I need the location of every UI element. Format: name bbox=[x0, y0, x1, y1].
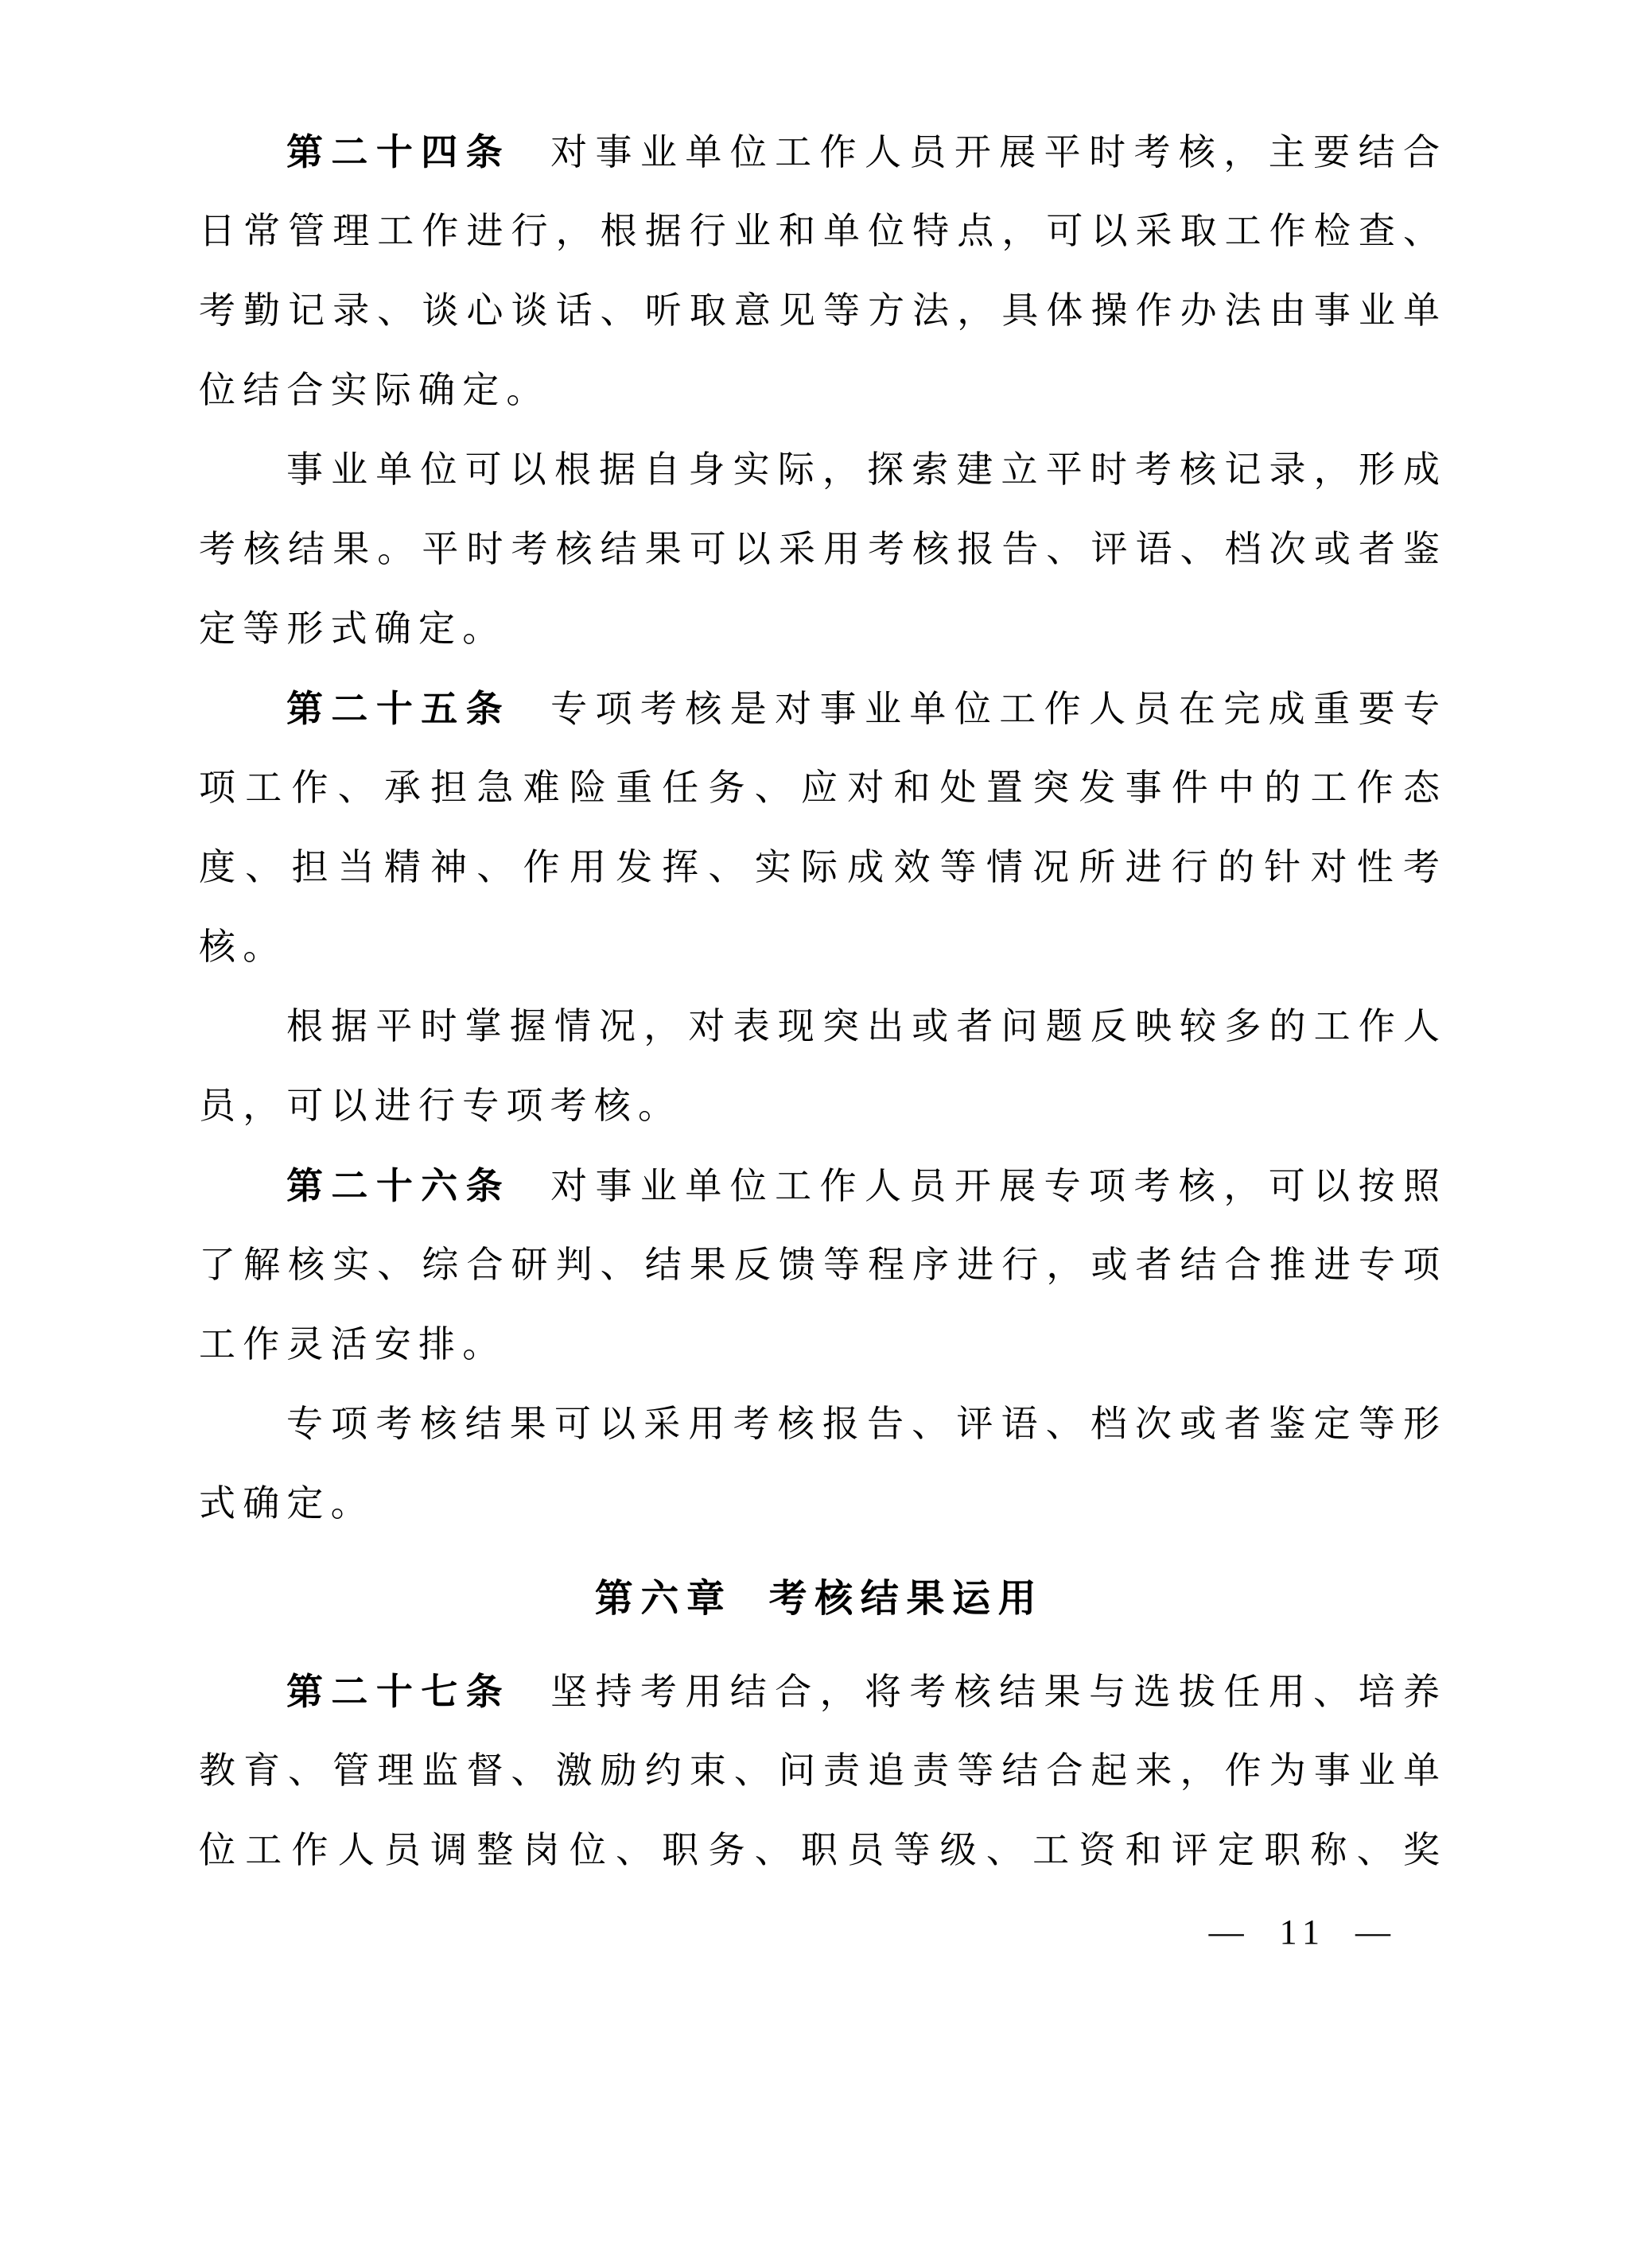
text-line: 考核结果。平时考核结果可以采用考核报告、评语、档次或者鉴 bbox=[199, 510, 1447, 589]
line-text: 专项考核是对事业单位工作人员在完成重要专 bbox=[550, 689, 1447, 729]
text-line: 核。 bbox=[199, 907, 1440, 987]
article-number: 第二十五条 bbox=[286, 688, 511, 729]
article-line: 第二十四条对事业单位工作人员开展平时考核，主要结合 bbox=[199, 112, 1447, 192]
line-text: 考核结果。平时考核结果可以采用考核报告、评语、档次或者鉴 bbox=[199, 529, 1447, 569]
line-text: 定等形式确定。 bbox=[199, 608, 506, 649]
text-line: 专项考核结果可以采用考核报告、评语、档次或者鉴定等形 bbox=[199, 1384, 1447, 1464]
article-number: 第二十七条 bbox=[286, 1671, 511, 1712]
text-line: 度、担当精神、作用发挥、实际成效等情况所进行的针对性考 bbox=[199, 828, 1447, 907]
text-line: 工作灵活安排。 bbox=[199, 1305, 1440, 1384]
line-text: 核。 bbox=[199, 926, 286, 967]
line-text: 考勤记录、谈心谈话、听取意见等方法，具体操作办法由事业单 bbox=[199, 290, 1447, 331]
line-text: 考核结果运用 bbox=[769, 1578, 1044, 1620]
page-number: — 11 — bbox=[1209, 1912, 1397, 1952]
article-line: 第二十六条对事业单位工作人员开展专项考核，可以按照 bbox=[199, 1146, 1447, 1225]
text-line: 员，可以进行专项考核。 bbox=[199, 1066, 1440, 1146]
line-text: 式确定。 bbox=[199, 1483, 375, 1524]
text-line: 了解核实、综合研判、结果反馈等程序进行，或者结合推进专项 bbox=[199, 1225, 1447, 1305]
line-text: 日常管理工作进行，根据行业和单位特点，可以采取工作检查、 bbox=[199, 211, 1447, 251]
text-line: 位结合实际确定。 bbox=[199, 351, 1440, 430]
article-line: 第二十七条坚持考用结合，将考核结果与选拔任用、培养 bbox=[199, 1652, 1447, 1731]
line-text: 事业单位可以根据自身实际，探索建立平时考核记录，形成 bbox=[286, 449, 1447, 490]
text-line: 定等形式确定。 bbox=[199, 589, 1440, 669]
text-line: 根据平时掌握情况，对表现突出或者问题反映较多的工作人 bbox=[199, 987, 1447, 1066]
text-line: 日常管理工作进行，根据行业和单位特点，可以采取工作检查、 bbox=[199, 192, 1447, 271]
line-text: 位结合实际确定。 bbox=[199, 370, 550, 410]
text-line: 事业单位可以根据自身实际，探索建立平时考核记录，形成 bbox=[199, 430, 1447, 510]
line-text: 项工作、承担急难险重任务、应对和处置突发事件中的工作态 bbox=[199, 767, 1447, 808]
line-text: 了解核实、综合研判、结果反馈等程序进行，或者结合推进专项 bbox=[199, 1245, 1447, 1285]
document-body: 第二十四条对事业单位工作人员开展平时考核，主要结合日常管理工作进行，根据行业和单… bbox=[199, 112, 1440, 1890]
line-text: 根据平时掌握情况，对表现突出或者问题反映较多的工作人 bbox=[286, 1006, 1447, 1047]
text-line: 考勤记录、谈心谈话、听取意见等方法，具体操作办法由事业单 bbox=[199, 271, 1447, 351]
text-line: 项工作、承担急难险重任务、应对和处置突发事件中的工作态 bbox=[199, 748, 1447, 828]
article-number: 第二十四条 bbox=[286, 131, 511, 173]
line-text: 员，可以进行专项考核。 bbox=[199, 1085, 682, 1126]
chapter-heading: 第六章考核结果运用 bbox=[199, 1559, 1440, 1639]
text-line: 教育、管理监督、激励约束、问责追责等结合起来，作为事业单 bbox=[199, 1731, 1447, 1811]
line-text: 坚持考用结合，将考核结果与选拔任用、培养 bbox=[550, 1672, 1447, 1712]
article-number: 第二十六条 bbox=[286, 1165, 511, 1206]
line-text: 位工作人员调整岗位、职务、职员等级、工资和评定职称、奖 bbox=[199, 1830, 1447, 1870]
text-line: 式确定。 bbox=[199, 1464, 1440, 1544]
chapter-number: 第六章 bbox=[595, 1578, 733, 1620]
line-text: 度、担当精神、作用发挥、实际成效等情况所进行的针对性考 bbox=[199, 847, 1447, 887]
line-text: 对事业单位工作人员开展专项考核，可以按照 bbox=[550, 1166, 1447, 1206]
line-text: 教育、管理监督、激励约束、问责追责等结合起来，作为事业单 bbox=[199, 1750, 1447, 1791]
text-line: 位工作人员调整岗位、职务、职员等级、工资和评定职称、奖 bbox=[199, 1811, 1447, 1890]
line-text: 工作灵活安排。 bbox=[199, 1324, 506, 1365]
line-text: 对事业单位工作人员开展平时考核，主要结合 bbox=[550, 132, 1447, 173]
article-line: 第二十五条专项考核是对事业单位工作人员在完成重要专 bbox=[199, 669, 1447, 748]
line-text: 专项考核结果可以采用考核报告、评语、档次或者鉴定等形 bbox=[286, 1404, 1447, 1444]
document-page: 第二十四条对事业单位工作人员开展平时考核，主要结合日常管理工作进行，根据行业和单… bbox=[0, 0, 1629, 2268]
